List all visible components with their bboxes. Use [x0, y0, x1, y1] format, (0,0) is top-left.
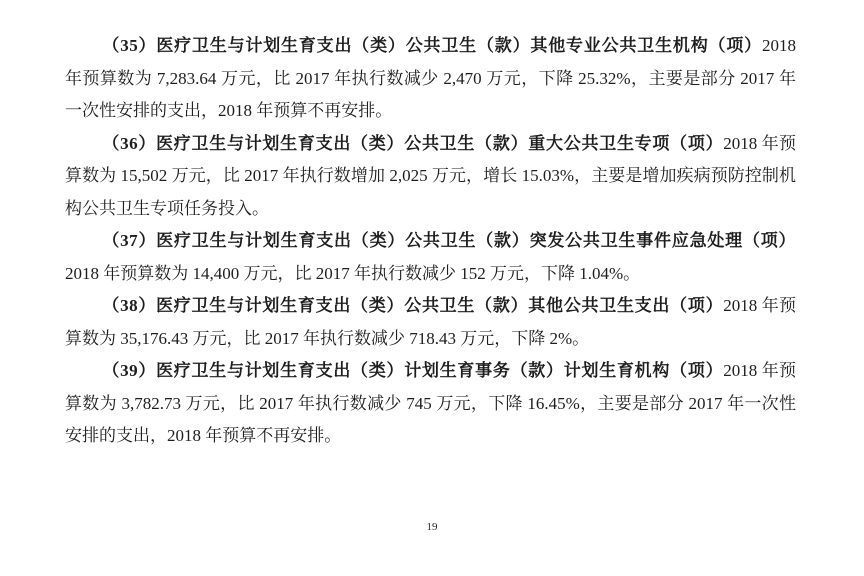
paragraph-37-body: 2018 年预算数为 14,400 万元，比 2017 年执行数减少 152 万… — [65, 264, 640, 283]
paragraph-35-heading: （35）医疗卫生与计划生育支出（类）公共卫生（款）其他专业公共卫生机构（项） — [102, 36, 762, 55]
paragraph-37-heading: （37）医疗卫生与计划生育支出（类）公共卫生（款）突发公共卫生事件应急处理（项） — [102, 231, 796, 250]
page-number: 19 — [0, 521, 864, 533]
paragraph-39: （39）医疗卫生与计划生育支出（类）计划生育事务（款）计划生育机构（项）2018… — [65, 355, 796, 453]
paragraph-37: （37）医疗卫生与计划生育支出（类）公共卫生（款）突发公共卫生事件应急处理（项）… — [65, 225, 796, 290]
document-body: （35）医疗卫生与计划生育支出（类）公共卫生（款）其他专业公共卫生机构（项）20… — [65, 30, 796, 453]
paragraph-36-heading: （36）医疗卫生与计划生育支出（类）公共卫生（款）重大公共卫生专项（项） — [102, 134, 723, 153]
document-page: { "page_number": "19", "paragraphs": [ {… — [0, 0, 864, 576]
paragraph-38: （38）医疗卫生与计划生育支出（类）公共卫生（款）其他公共卫生支出（项）2018… — [65, 290, 796, 355]
paragraph-38-heading: （38）医疗卫生与计划生育支出（类）公共卫生（款）其他公共卫生支出（项） — [102, 296, 723, 315]
paragraph-39-heading: （39）医疗卫生与计划生育支出（类）计划生育事务（款）计划生育机构（项） — [102, 361, 723, 380]
paragraph-36: （36）医疗卫生与计划生育支出（类）公共卫生（款）重大公共卫生专项（项）2018… — [65, 128, 796, 226]
paragraph-35: （35）医疗卫生与计划生育支出（类）公共卫生（款）其他专业公共卫生机构（项）20… — [65, 30, 796, 128]
